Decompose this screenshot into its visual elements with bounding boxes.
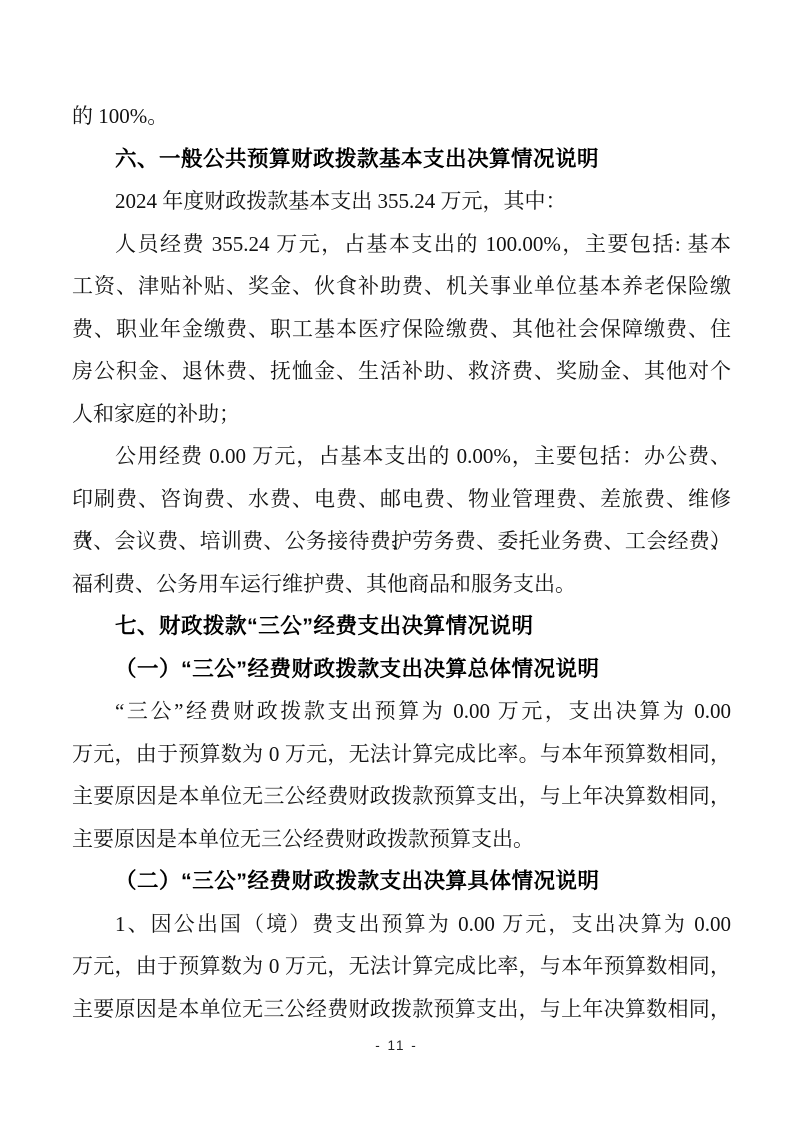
heading-line: （一）“三公”经费财政拨款支出决算总体情况说明 — [72, 648, 731, 691]
heading-line: 六、一般公共预算财政拨款基本支出决算情况说明 — [72, 138, 731, 181]
body-text-line: 人员经费 355.24 万元，占基本支出的 100.00%，主要包括: 基本 — [72, 223, 731, 266]
body-text-line: 主要原因是本单位无三公经费财政拨款预算支出，与上年决算数相同， — [72, 775, 731, 818]
body-text-line: 房公积金、退休费、抚恤金、生活补助、救济费、奖励金、其他对个 — [72, 350, 731, 393]
body-text-line: 印刷费、咨询费、水费、电费、邮电费、物业管理费、差旅费、维修（护） — [72, 478, 731, 521]
body-text-line: 人和家庭的补助； — [72, 393, 731, 436]
body-text-line: 费、职业年金缴费、职工基本医疗保险缴费、其他社会保障缴费、住 — [72, 308, 731, 351]
page-number: - 11 - — [0, 1036, 793, 1056]
body-text-line: 万元，由于预算数为 0 万元，无法计算完成比率，与本年预算数相同， — [72, 945, 731, 988]
document-page: 的 100%。六、一般公共预算财政拨款基本支出决算情况说明2024 年度财政拨款… — [0, 0, 793, 1122]
body-text-line: 福利费、公务用车运行维护费、其他商品和服务支出。 — [72, 563, 731, 606]
body-text-line: “三公”经费财政拨款支出预算为 0.00 万元，支出决算为 0.00 — [72, 690, 731, 733]
document-body: 的 100%。六、一般公共预算财政拨款基本支出决算情况说明2024 年度财政拨款… — [72, 95, 731, 1030]
body-text-line: 万元，由于预算数为 0 万元，无法计算完成比率。与本年预算数相同， — [72, 733, 731, 776]
body-text-line: 1、因公出国（境）费支出预算为 0.00 万元，支出决算为 0.00 — [72, 903, 731, 946]
body-text-line: 主要原因是本单位无三公经费财政拨款预算支出，与上年决算数相同， — [72, 988, 731, 1031]
heading-line: （二）“三公”经费财政拨款支出决算具体情况说明 — [72, 860, 731, 903]
heading-line: 七、财政拨款“三公”经费支出决算情况说明 — [72, 605, 731, 648]
body-text-line: 的 100%。 — [72, 95, 731, 138]
body-text-line: 主要原因是本单位无三公经费财政拨款预算支出。 — [72, 818, 731, 861]
body-text-line: 费、会议费、培训费、公务接待费、劳务费、委托业务费、工会经费、 — [72, 520, 731, 563]
body-text-line: 公用经费 0.00 万元，占基本支出的 0.00%，主要包括：办公费、 — [72, 435, 731, 478]
body-text-line: 2024 年度财政拨款基本支出 355.24 万元，其中： — [72, 180, 731, 223]
body-text-line: 工资、津贴补贴、奖金、伙食补助费、机关事业单位基本养老保险缴 — [72, 265, 731, 308]
